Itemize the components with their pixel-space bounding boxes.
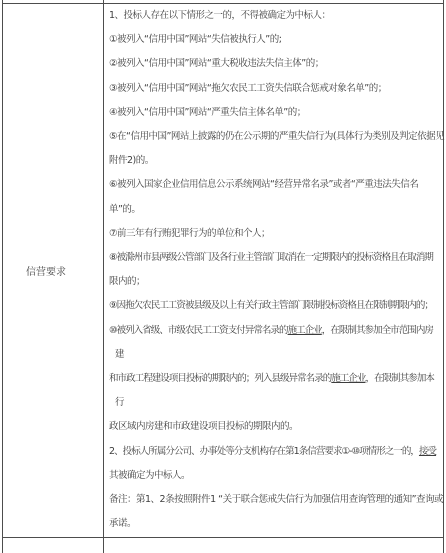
doc-line-item10-cont: 和市政工程建设项目投标的期限内的；列入县级异常名录的施工企业，在限制其参加本 xyxy=(109,367,443,391)
document-page: 信营要求 1、投标人存在以下情形之一的，不得被确定为中标人： ①被列入“信用中国… xyxy=(0,0,446,553)
doc-line-clause2: 2、投标人所属分公司、办事处等分支机构存在第1条信营要求①-⑩项情形之一的，接受 xyxy=(109,440,443,464)
doc-line-item3: ③被列入“信用中国”网站“拖欠农民工工资失信联合惩戒对象名单”的； xyxy=(109,77,443,101)
doc-line-item6-cont: 单”的。 xyxy=(109,198,443,222)
doc-line-item7: ⑦前三年有行贿犯罪行为的单位和个人； xyxy=(109,222,443,246)
doc-line-clause2-cont: 其被确定为中标人。 xyxy=(109,464,443,488)
doc-line-item9: ⑨因拖欠农民工工资被县级及以上有关行政主管部门限制投标资格且在限制期限内的； xyxy=(109,294,443,318)
doc-line-item10-jian: 建 xyxy=(109,343,443,367)
doc-line-intro: 1、投标人存在以下情形之一的，不得被确定为中标人： xyxy=(109,4,443,28)
doc-line-note-cont: 承诺。 xyxy=(109,512,443,536)
doc-line-item10: ⑩被列入省级、市级农民工工资支付异常名录的施工企业，在限制其参加全市范围内房 xyxy=(109,319,443,343)
row-header-cell: 信营要求 xyxy=(3,4,103,537)
doc-line-item5-cont: 附件2)的。 xyxy=(109,149,443,173)
underlined-construction-enterprise: 施工企业 xyxy=(331,373,365,384)
row-content-cell: 1、投标人存在以下情形之一的，不得被确定为中标人： ①被列入“信用中国”网站“失… xyxy=(104,4,443,537)
doc-line-item4: ④被列入“信用中国”网站“严重失信主体名单”的； xyxy=(109,101,443,125)
doc-line-note: 备注：第1、2条按照附件1 “关于联合惩戒失信行为加强信用查询管理的通知”查询或 xyxy=(109,488,443,512)
underlined-accept: 接受 xyxy=(419,446,436,457)
doc-line-item10-xing: 行 xyxy=(109,391,443,415)
table-border-right xyxy=(443,0,444,553)
doc-line-item8: ⑧被滁州市县两级公管部门及各行业主管部门取消在一定期限内的投标资格且在取消期 xyxy=(109,246,443,270)
table-row-bottom-border xyxy=(2,537,444,538)
underlined-construction-enterprise: 施工企业 xyxy=(288,325,322,336)
doc-line-item6: ⑥被列入国家企业信用信息公示系统网站“经营异常名录”或者“严重违法失信名 xyxy=(109,173,443,197)
doc-line-item10-end: 政区域内房建和市政建设项目投标的期限内的。 xyxy=(109,415,443,439)
doc-line-item1: ①被列入“信用中国”网站“失信被执行人”的; xyxy=(109,28,443,52)
doc-line-item8-cont: 限内的； xyxy=(109,270,443,294)
doc-line-item2: ②被列入“信用中国”网站“重大税收违法失信主体”的； xyxy=(109,52,443,76)
row-header-label: 信营要求 xyxy=(26,263,66,278)
doc-line-item5: ⑤在“信用中国”网站上披露的仍在公示期的严重失信行为(具体行为类别及判定依据见 xyxy=(109,125,443,149)
